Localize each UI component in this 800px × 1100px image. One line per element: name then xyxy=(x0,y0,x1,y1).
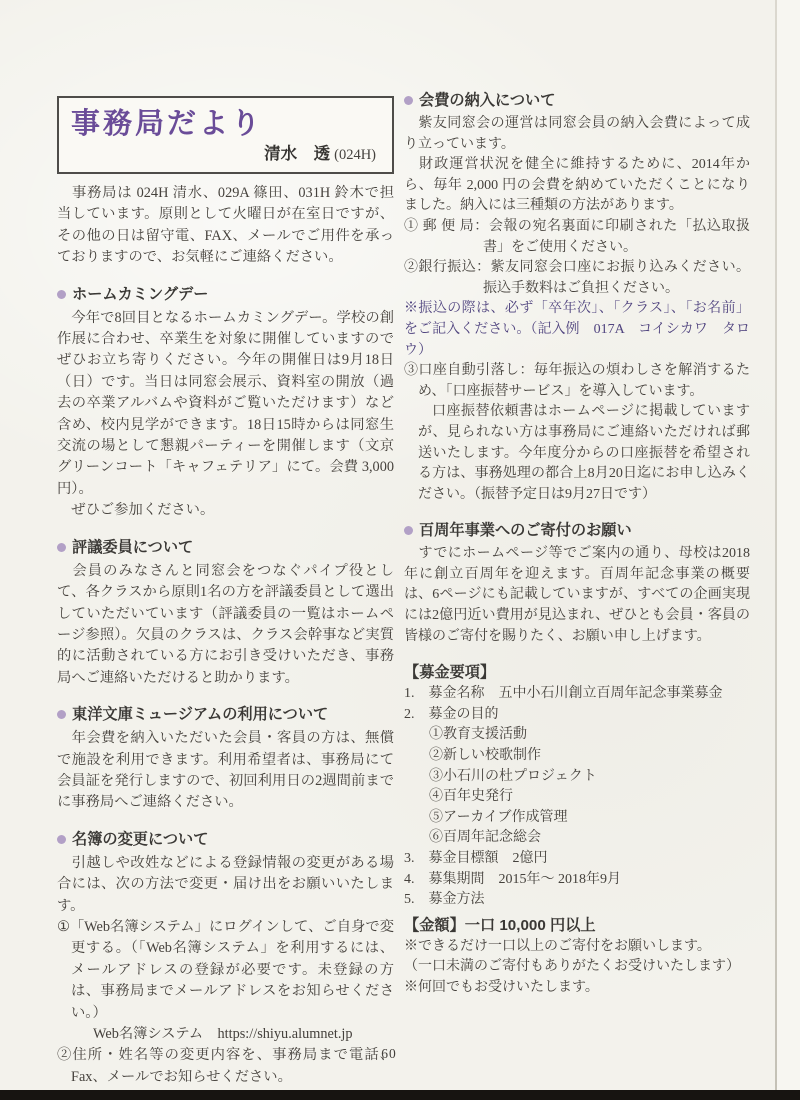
section-heading-row: 名簿の変更について xyxy=(57,829,394,850)
fund-item: 4. 募集期間 2015年～ 2018年9月 xyxy=(404,870,750,891)
fund-item: 5. 募金方法 xyxy=(404,890,750,911)
paragraph: 財政運営状況を健全に維持するために、2014年から、毎年 2,000 円の会費を… xyxy=(404,155,750,217)
fund-purpose: ③小石川の杜プロジェクト xyxy=(404,767,750,788)
scan-bottom-edge xyxy=(0,1090,800,1100)
author-class-code: (024H) xyxy=(334,147,376,163)
section-bullet-icon xyxy=(404,526,413,535)
section-heading: 名簿の変更について xyxy=(72,829,208,850)
paragraph: 年会費を納入いただいた会員・客員の方は、無償で施設を利用できます。利用希望者は、… xyxy=(57,728,394,814)
paragraph: 引越しや改姓などによる登録情報の変更がある場合には、次の方法で変更・届け出をお願… xyxy=(57,853,394,917)
intro-paragraph: 事務局は 024H 清水、029A 篠田、031H 鈴木で担当しています。原則と… xyxy=(57,183,394,269)
fund-item: 3. 募金目標額 2億円 xyxy=(404,849,750,870)
paragraph: ぜひご参加ください。 xyxy=(57,500,394,521)
section-fund-outline: 【募金要項】 1. 募金名称 五中小石川創立百周年記念事業募金 2. 募金の目的… xyxy=(404,662,750,998)
section-heading: ホームカミングデー xyxy=(72,284,208,305)
scanned-newsletter-page: 事務局だより 清水 透 (024H) 事務局は 024H 清水、029A 篠田、… xyxy=(0,0,800,1100)
masthead-box: 事務局だより 清水 透 (024H) xyxy=(57,96,394,174)
fund-purpose: ⑤アーカイブ作成管理 xyxy=(404,808,750,829)
fund-purpose: ①教育支援活動 xyxy=(404,725,750,746)
fund-note: （一口未満のご寄付もありがたくお受けいたします） xyxy=(404,957,750,978)
section-bullet-icon xyxy=(57,835,66,844)
left-column: 事務局だより 清水 透 (024H) 事務局は 024H 清水、029A 篠田、… xyxy=(57,96,394,1088)
section-bullet-icon xyxy=(57,710,66,719)
section-museum: 東洋文庫ミュージアムの利用について 年会費を納入いただいた会員・客員の方は、無償… xyxy=(57,704,394,814)
section-heading: 会費の納入について xyxy=(419,90,555,111)
payment-method-bank: ②銀行振込：紫友同窓会口座にお振り込みください。振込手数料はご負担ください。 xyxy=(404,258,750,299)
paragraph: 紫友同窓会の運営は同窓会員の納入会費によって成り立っています。 xyxy=(404,114,750,155)
fund-purpose: ②新しい校歌制作 xyxy=(404,746,750,767)
section-heading-row: 会費の納入について xyxy=(404,90,750,111)
section-bullet-icon xyxy=(57,290,66,299)
section-donation: 百周年事業へのご寄付のお願い すでにホームページ等でご案内の通り、母校は2018… xyxy=(404,520,750,647)
page-number: 60 xyxy=(0,1046,778,1062)
fund-purpose: ⑥百周年記念総会 xyxy=(404,828,750,849)
payment-method-post: ① 郵 便 局：会報の宛名裏面に印刷された「払込取扱書」をご使用ください。 xyxy=(404,217,750,258)
right-column: 会費の納入について 紫友同窓会の運営は同窓会員の納入会費によって成り立っています… xyxy=(404,90,750,999)
section-heading-row: 東洋文庫ミュージアムの利用について xyxy=(57,704,394,725)
amount-heading: 【金額】一口 10,000 円以上 xyxy=(404,915,750,937)
author-line: 清水 透 (024H) xyxy=(71,143,380,166)
fund-item: 1. 募金名称 五中小石川創立百周年記念事業募金 xyxy=(404,684,750,705)
scan-right-margin xyxy=(777,0,800,1091)
transfer-note: ※振込の際は、必ず「卒年次」、「クラス」、「お名前」をご記入ください。（記入例 … xyxy=(404,299,750,361)
paragraph: 口座振替依頼書はホームページに掲載していますが、見られない方は事務局にご連絡いた… xyxy=(404,402,750,505)
fund-note: ※何回でもお受けいたします。 xyxy=(404,978,750,999)
paragraph: すでにホームページ等でご案内の通り、母校は2018年に創立百周年を迎えます。百周… xyxy=(404,544,750,647)
fund-purpose: ④百年史発行 xyxy=(404,787,750,808)
web-roster-url: Web名簿システム https://shiyu.alumnet.jp xyxy=(57,1024,394,1045)
section-heading-row: 百周年事業へのご寄付のお願い xyxy=(404,520,750,541)
paragraph: 今年で8回目となるホームカミングデー。学校の創作展に合わせ、卒業生を対象に開催し… xyxy=(57,308,394,501)
page-edge-line xyxy=(775,0,777,1091)
section-council: 評議委員について 会員のみなさんと同窓会をつなぐパイプ役として、各クラスから原則… xyxy=(57,537,394,689)
paragraph: 会員のみなさんと同窓会をつなぐパイプ役として、各クラスから原則1名の方を評議委員… xyxy=(57,561,394,689)
payment-method-debit: ③口座自動引落し：毎年振込の煩わしさを解消するため、「口座振替サービス」を導入し… xyxy=(404,361,750,402)
section-heading-row: 評議委員について xyxy=(57,537,394,558)
fund-note: ※できるだけ一口以上のご寄付をお願いします。 xyxy=(404,937,750,958)
fund-outline-heading: 【募金要項】 xyxy=(404,662,750,684)
section-heading-row: ホームカミングデー xyxy=(57,284,394,305)
fund-item: 2. 募金の目的 xyxy=(404,705,750,726)
section-heading: 東洋文庫ミュージアムの利用について xyxy=(72,704,328,725)
section-heading: 評議委員について xyxy=(72,537,193,558)
section-bullet-icon xyxy=(404,96,413,105)
section-heading: 百周年事業へのご寄付のお願い xyxy=(419,520,632,541)
author-name: 清水 透 xyxy=(264,145,330,163)
newsletter-title: 事務局だより xyxy=(71,106,380,142)
section-bullet-icon xyxy=(57,543,66,552)
section-homecoming: ホームカミングデー 今年で8回目となるホームカミングデー。学校の創作展に合わせ、… xyxy=(57,284,394,522)
numbered-item: ①「Web名簿システム」にログインして、ご自身で変更する。（「Web名簿システム… xyxy=(57,917,394,1024)
section-fees: 会費の納入について 紫友同窓会の運営は同窓会員の納入会費によって成り立っています… xyxy=(404,90,750,505)
